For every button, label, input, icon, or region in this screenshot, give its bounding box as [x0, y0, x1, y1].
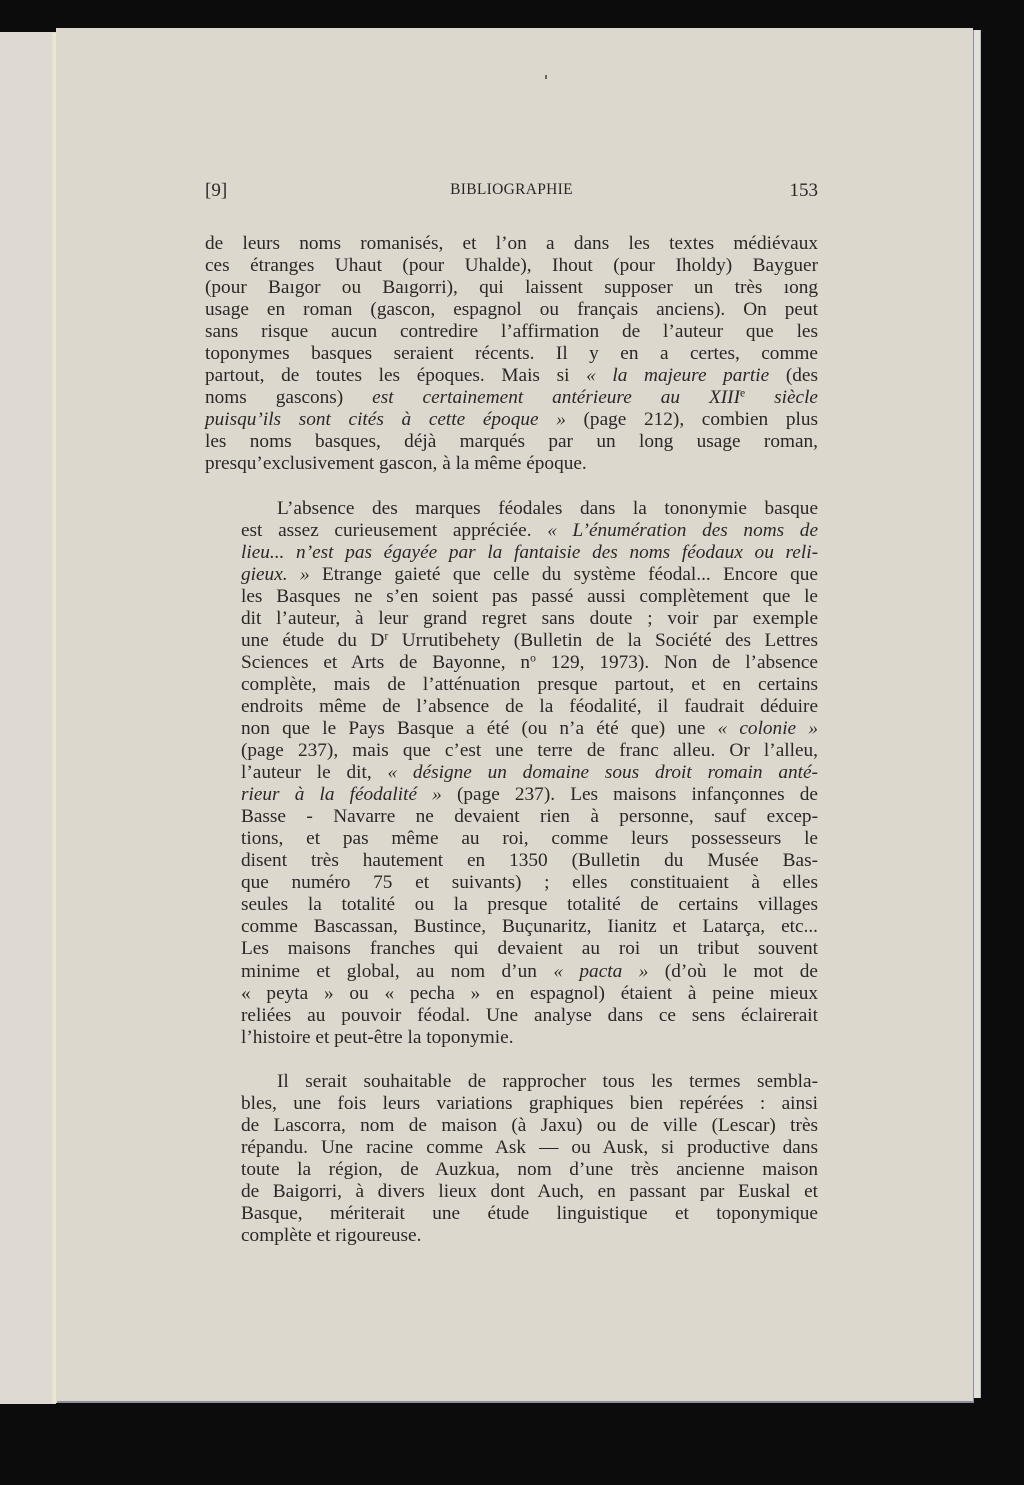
text-run: l’histoire et peut-être la toponymie.	[241, 1027, 514, 1048]
text-run: « peyta » ou « pecha » en espagnol) étai…	[241, 983, 818, 1004]
text-run: que numéro 75 et suivants) ; elles const…	[241, 872, 818, 893]
text-run: toute la région, de Auzkua, nom d’une tr…	[241, 1159, 818, 1180]
text-run: minime et global, au nom d’un	[241, 961, 553, 982]
text-line: (pour Baıgor ou Baıgorri), qui laissent …	[205, 277, 818, 299]
text-run: (pour Baıgor ou Baıgorri), qui laissent …	[205, 277, 818, 298]
text-run: complète, mais de l’atténuation presque …	[241, 674, 818, 695]
italic-quote: rieur à la féodalité »	[241, 784, 442, 805]
italic-quote: lieu... n’est pas égayée par la fantaisi…	[241, 542, 818, 563]
text-line: tions, et pas même au roi, comme leurs p…	[205, 828, 818, 850]
text-line: bles, une fois leurs variations graphiqu…	[205, 1093, 818, 1115]
text-line: sans risque aucun contredire l’affirmati…	[205, 321, 818, 343]
page-number: 153	[790, 180, 819, 202]
text-line: les Basques ne s’en soient pas passé aus…	[205, 586, 818, 608]
text-line: noms gascons) est certainement antérieur…	[205, 387, 818, 409]
text-line: l’histoire et peut-être la toponymie.	[205, 1027, 818, 1049]
text-line: toute la région, de Auzkua, nom d’une tr…	[205, 1159, 818, 1181]
text-run: dit l’auteur, à leur grand regret sans d…	[241, 608, 818, 629]
text-line: de Lascorra, nom de maison (à Jaxu) ou d…	[205, 1115, 818, 1137]
text-run: de leurs noms romanisés, et l’on a dans …	[205, 233, 818, 254]
text-line: lieu... n’est pas égayée par la fantaisi…	[205, 542, 818, 564]
text-run: Urrutibehety (Bulletin de la Société des…	[388, 630, 818, 651]
text-run: complète et rigoureuse.	[241, 1225, 421, 1246]
text-line: non que le Pays Basque a été (ou n’a été…	[205, 718, 818, 740]
text-line: Sciences et Arts de Bayonne, no 129, 197…	[205, 652, 818, 674]
text-run: est assez curieusement appréciée.	[241, 520, 547, 541]
text-run: les noms basques, déjà marqués par un lo…	[205, 431, 818, 452]
text-line: comme Bascassan, Bustince, Buçunaritz, I…	[205, 916, 818, 938]
text-run: ces étranges Uhaut (pour Uhalde), Ihout …	[205, 255, 818, 276]
italic-quote: « la majeure partie	[586, 365, 769, 386]
text-line: reliées au pouvoir féodal. Une analyse d…	[205, 1005, 818, 1027]
italic-quote: puisqu’ils sont cités à cette époque »	[205, 409, 566, 430]
text-line: rieur à la féodalité » (page 237). Les m…	[205, 784, 818, 806]
text-line: endroits même de l’absence de la féodali…	[205, 696, 818, 718]
text-run: toponymes basques seraient récents. Il y…	[205, 343, 818, 364]
italic-quote: « pacta »	[553, 961, 648, 982]
text-run: (des	[769, 365, 818, 386]
text-line: Basque, mériterait une étude linguistiqu…	[205, 1203, 818, 1225]
italic-quote: siècle	[745, 387, 818, 408]
text-line: disent très hautement en 1350 (Bulletin …	[205, 850, 818, 872]
text-run: non que le Pays Basque a été (ou n’a été…	[241, 718, 718, 739]
text-run: (page 212), combien plus	[566, 409, 818, 430]
text-run: une étude du D	[241, 630, 384, 651]
italic-quote: « désigne un domaine sous droit romain a…	[387, 762, 818, 783]
text-run: Les maisons franches qui devaient au roi…	[241, 938, 818, 959]
paragraph: Il serait souhaitable de rapprocher tous…	[205, 1071, 818, 1247]
text-run: tions, et pas même au roi, comme leurs p…	[241, 828, 818, 849]
text-line: ces étranges Uhaut (pour Uhalde), Ihout …	[205, 255, 818, 277]
text-run: répandu. Une racine comme Ask — ou Ausk,…	[241, 1137, 818, 1158]
text-run: noms gascons)	[205, 387, 372, 408]
paper-speck	[545, 75, 547, 79]
text-run: de Lascorra, nom de maison (à Jaxu) ou d…	[241, 1115, 818, 1136]
text-run: usage en roman (gascon, espagnol ou fran…	[205, 299, 818, 320]
text-line: complète, mais de l’atténuation presque …	[205, 674, 818, 696]
italic-quote: gieux. »	[241, 564, 310, 585]
text-run: Basque, mériterait une étude linguistiqu…	[241, 1203, 818, 1224]
text-line: de leurs noms romanisés, et l’on a dans …	[205, 233, 818, 255]
text-run: presqu’exclusivement gascon, à la même é…	[205, 453, 587, 474]
text-run: disent très hautement en 1350 (Bulletin …	[241, 850, 818, 871]
text-run: Etrange gaieté que celle du système féod…	[310, 564, 818, 585]
text-line: est assez curieusement appréciée. « L’én…	[205, 520, 818, 542]
text-run: L’absence des marques féodales dans la t…	[277, 498, 818, 519]
text-line: Les maisons franches qui devaient au roi…	[205, 938, 818, 960]
text-line: une étude du Dr Urrutibehety (Bulletin d…	[205, 630, 818, 652]
body-text: de leurs noms romanisés, et l’on a dans …	[205, 233, 818, 1247]
text-line: (page 237), mais que c’est une terre de …	[205, 740, 818, 762]
text-line: toponymes basques seraient récents. Il y…	[205, 343, 818, 365]
text-run: les Basques ne s’en soient pas passé aus…	[241, 586, 818, 607]
text-run: l’auteur le dit,	[241, 762, 387, 783]
text-line: complète et rigoureuse.	[205, 1225, 818, 1247]
text-line: dit l’auteur, à leur grand regret sans d…	[205, 608, 818, 630]
text-run: Sciences et Arts de Bayonne, n	[241, 652, 530, 673]
paragraph: de leurs noms romanisés, et l’on a dans …	[205, 233, 818, 476]
text-line: que numéro 75 et suivants) ; elles const…	[205, 872, 818, 894]
text-run: seules la totalité ou la presque totalit…	[241, 894, 818, 915]
text-run: comme Bascassan, Bustince, Buçunaritz, I…	[241, 916, 818, 937]
text-run: (d’où le mot de	[648, 961, 818, 982]
text-run: bles, une fois leurs variations graphiqu…	[241, 1093, 818, 1114]
text-line: « peyta » ou « pecha » en espagnol) étai…	[205, 983, 818, 1005]
text-run: reliées au pouvoir féodal. Une analyse d…	[241, 1005, 818, 1026]
text-line: l’auteur le dit, « désigne un domaine so…	[205, 762, 818, 784]
running-head: [9] BIBLIOGRAPHIE 153	[205, 180, 818, 206]
text-line: répandu. Une racine comme Ask — ou Ausk,…	[205, 1137, 818, 1159]
text-line: usage en roman (gascon, espagnol ou fran…	[205, 299, 818, 321]
text-run: (page 237). Les maisons infançonnes de	[442, 784, 818, 805]
text-line: les noms basques, déjà marqués par un lo…	[205, 431, 818, 453]
text-line: puisqu’ils sont cités à cette époque » (…	[205, 409, 818, 431]
text-line: Il serait souhaitable de rapprocher tous…	[205, 1071, 818, 1093]
text-line: partout, de toutes les époques. Mais si …	[205, 365, 818, 387]
italic-quote: est certainement antérieure au XIII	[372, 387, 740, 408]
text-line: Basse - Navarre ne devaient rien à perso…	[205, 806, 818, 828]
facing-page-edge	[0, 32, 56, 1404]
text-run: partout, de toutes les époques. Mais si	[205, 365, 586, 386]
text-run: endroits même de l’absence de la féodali…	[241, 696, 818, 717]
text-line: gieux. » Etrange gaieté que celle du sys…	[205, 564, 818, 586]
paragraph: L’absence des marques féodales dans la t…	[205, 498, 818, 1049]
text-line: de Baigorri, à divers lieux dont Auch, e…	[205, 1181, 818, 1203]
text-run: Il serait souhaitable de rapprocher tous…	[277, 1071, 818, 1092]
text-run: de Baigorri, à divers lieux dont Auch, e…	[241, 1181, 818, 1202]
text-run: 129, 1973). Non de l’absence	[536, 652, 818, 673]
text-run: Basse - Navarre ne devaient rien à perso…	[241, 806, 818, 827]
text-line: L’absence des marques féodales dans la t…	[205, 498, 818, 520]
text-line: presqu’exclusivement gascon, à la même é…	[205, 453, 818, 475]
running-title: BIBLIOGRAPHIE	[205, 181, 818, 199]
text-line: minime et global, au nom d’un « pacta » …	[205, 961, 818, 983]
text-line: seules la totalité ou la presque totalit…	[205, 894, 818, 916]
italic-quote: « colonie »	[718, 718, 818, 739]
text-run: sans risque aucun contredire l’affirmati…	[205, 321, 818, 342]
text-run: (page 237), mais que c’est une terre de …	[241, 740, 818, 761]
italic-quote: « L’énumération des noms de	[547, 520, 818, 541]
